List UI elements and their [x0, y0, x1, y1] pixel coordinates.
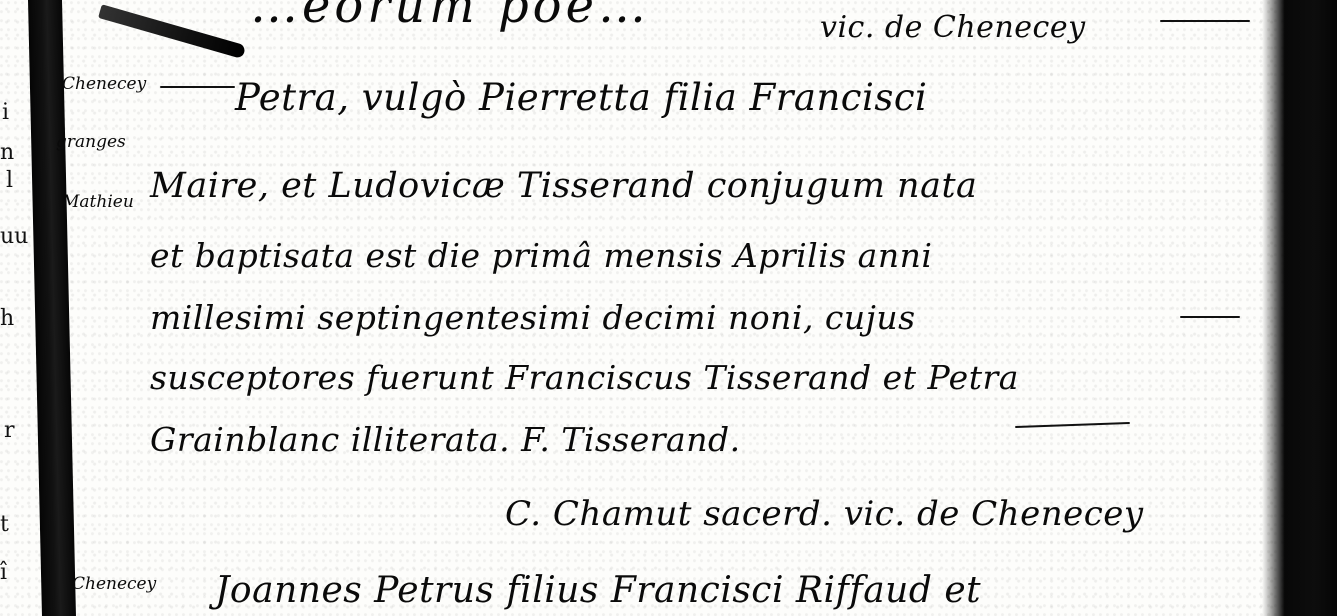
edge-mark: t	[0, 512, 9, 537]
next-entry-line-1: Joannes Petrus filius Francisci Riffaud …	[215, 570, 981, 611]
entry-line-3: et baptisata est die primâ mensis Aprili…	[150, 236, 932, 275]
margin-note-surname: granges	[56, 132, 126, 152]
entry-line-4: millesimi septingentesimi decimi noni, c…	[150, 298, 916, 337]
entry-line-1: Petra, vulgò Pierretta filia Francisci	[235, 76, 927, 119]
entry-line-6: Grainblanc illiterata. F. Tisserand.	[150, 420, 741, 459]
top-right-note: vic. de Chenecey	[820, 10, 1086, 45]
line-filler-dash	[1180, 316, 1240, 318]
priest-signature: C. Chamut sacerd. vic. de Chenecey	[505, 494, 1144, 534]
underline-rule	[1160, 20, 1250, 22]
edge-mark: h	[0, 306, 14, 331]
margin-note-place: Chenecey	[62, 74, 146, 94]
edge-mark: ı̂	[0, 560, 7, 585]
right-binding-shadow	[1262, 0, 1337, 616]
line-filler-dash	[1015, 422, 1130, 428]
edge-mark: uu	[0, 224, 28, 249]
entry-line-5: susceptores fuerunt Franciscus Tisserand…	[150, 358, 1019, 397]
manuscript-page: …eorum poe… i n l uu h r t ı̂ vic. de Ch…	[0, 0, 1337, 616]
underline-rule	[160, 86, 235, 88]
edge-mark: l	[6, 168, 13, 193]
margin-note-place: Chenecey	[72, 574, 156, 594]
quill-pen-image	[98, 4, 246, 59]
header-fragment: …eorum poe…	[250, 0, 650, 34]
edge-mark: i	[2, 100, 9, 125]
edge-mark: r	[4, 418, 15, 443]
edge-mark: n	[0, 140, 14, 165]
margin-note-surname: Mathieu	[62, 192, 134, 212]
entry-line-2: Maire, et Ludovicæ Tisserand conjugum na…	[150, 166, 977, 206]
